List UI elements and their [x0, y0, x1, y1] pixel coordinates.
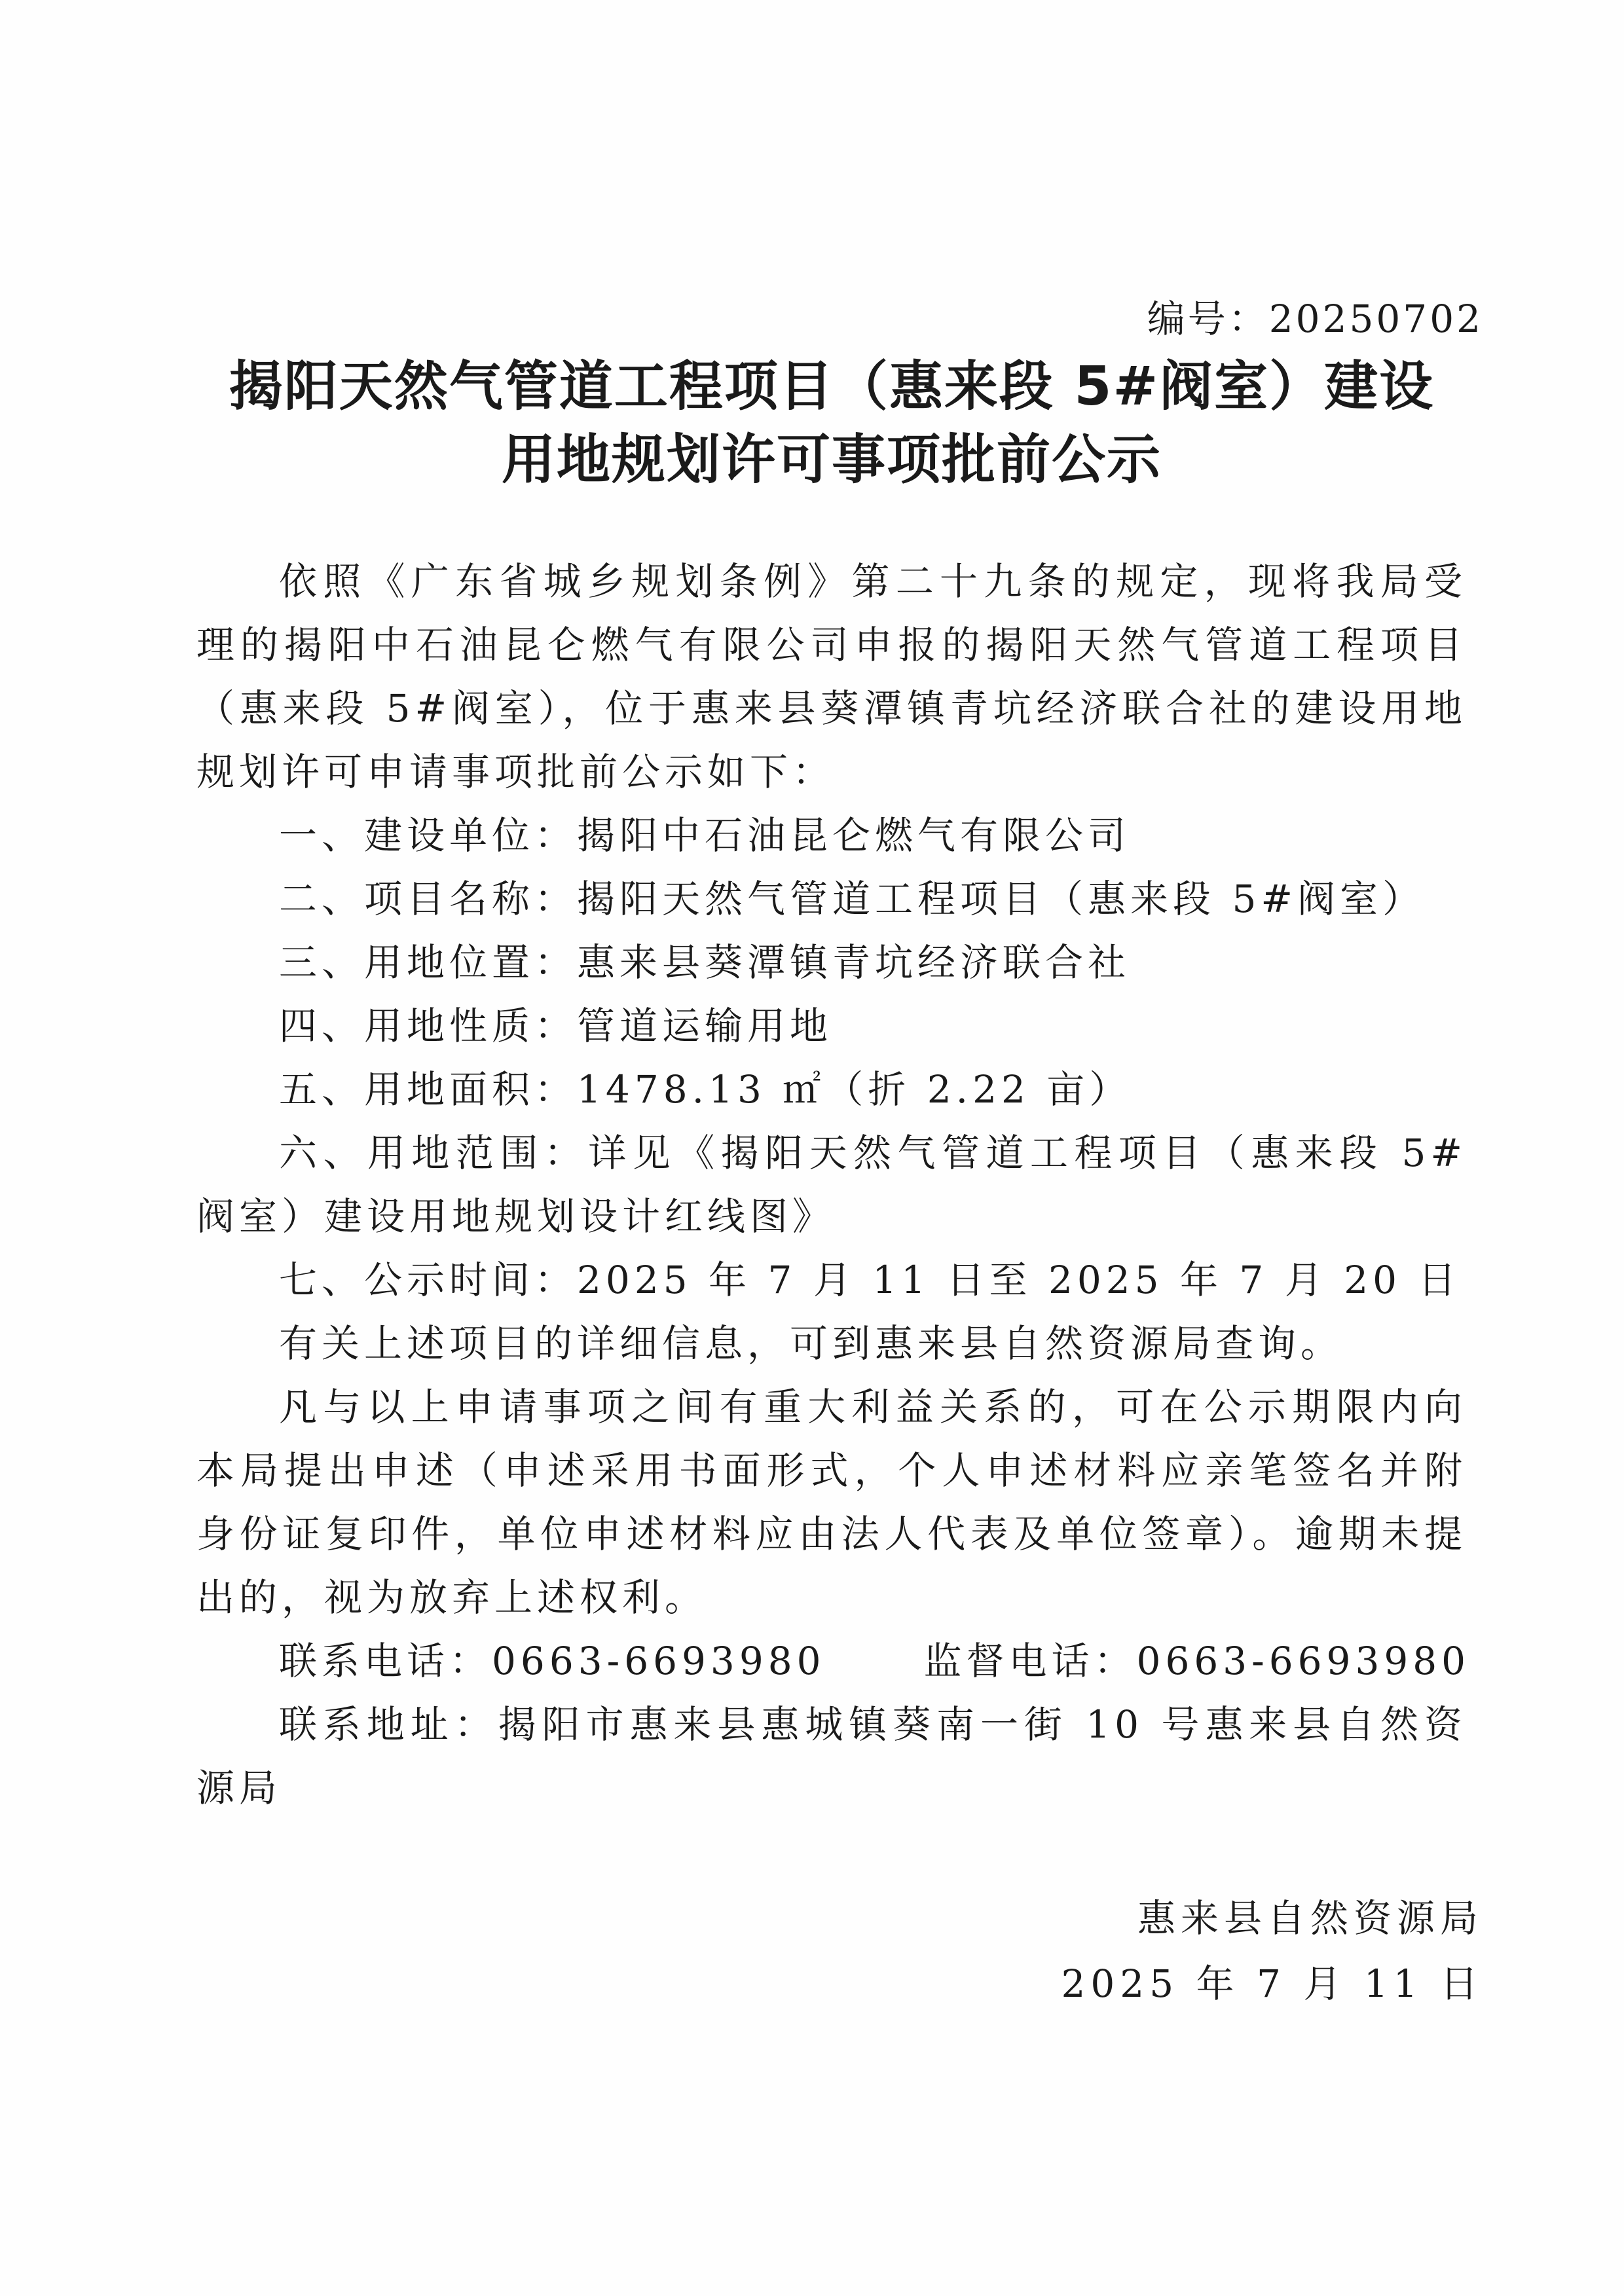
contact-address: 联系地址：揭阳市惠来县惠城镇葵南一街 10 号惠来县自然资源局	[196, 1693, 1467, 1820]
item-label: 七、公示时间：	[279, 1258, 577, 1302]
contact-phone-label: 联系电话：	[279, 1639, 492, 1683]
item-land-use-type: 四、用地性质：管道运输用地	[196, 994, 1467, 1058]
document-number: 编号：20250702	[1147, 288, 1483, 343]
contact-phones: 联系电话：0663-6693980监督电话：0663-6693980	[196, 1630, 1467, 1693]
document-title: 揭阳天然气管道工程项目（惠来段 5#阀室）建设 用地规划许可事项批前公示	[196, 350, 1467, 497]
item-value: 揭阳天然气管道工程项目（惠来段 5#阀室）	[577, 877, 1425, 921]
document-body: 依照《广东省城乡规划条例》第二十九条的规定，现将我局受理的揭阳中石油昆仑燃气有限…	[196, 550, 1467, 1820]
issue-date: 2025 年 7 月 11 日	[1061, 1951, 1484, 2016]
item-label: 一、建设单位：	[279, 813, 577, 858]
item-construction-unit: 一、建设单位：揭阳中石油昆仑燃气有限公司	[196, 804, 1467, 867]
item-label: 六、用地范围：	[279, 1131, 588, 1175]
document-page: 编号：20250702 揭阳天然气管道工程项目（惠来段 5#阀室）建设 用地规划…	[0, 0, 1624, 2296]
item-value: 1478.13 ㎡（折 2.22 亩）	[577, 1067, 1132, 1112]
objection-paragraph: 凡与以上申请事项之间有重大利益关系的，可在公示期限内向本局提出申述（申述采用书面…	[196, 1376, 1467, 1630]
item-value: 2025 年 7 月 11 日至 2025 年 7 月 20 日	[577, 1258, 1460, 1302]
document-number-label: 编号：	[1147, 297, 1269, 341]
issuer-name: 惠来县自然资源局	[1061, 1886, 1484, 1951]
contact-address-label: 联系地址：	[279, 1702, 498, 1747]
item-value: 揭阳中石油昆仑燃气有限公司	[577, 813, 1130, 858]
title-line-2: 用地规划许可事项批前公示	[196, 424, 1467, 497]
signature-block: 惠来县自然资源局 2025 年 7 月 11 日	[1061, 1886, 1484, 2016]
item-label: 五、用地面积：	[279, 1067, 577, 1112]
title-line-1: 揭阳天然气管道工程项目（惠来段 5#阀室）建设	[196, 350, 1467, 424]
document-number-value: 20250702	[1269, 297, 1483, 341]
item-project-name: 二、项目名称：揭阳天然气管道工程项目（惠来段 5#阀室）	[196, 867, 1467, 931]
item-land-location: 三、用地位置：惠来县葵潭镇青坑经济联合社	[196, 931, 1467, 994]
supervise-phone-label: 监督电话：	[924, 1639, 1137, 1683]
intro-paragraph: 依照《广东省城乡规划条例》第二十九条的规定，现将我局受理的揭阳中石油昆仑燃气有限…	[196, 550, 1467, 804]
item-label: 二、项目名称：	[279, 877, 577, 921]
item-publicity-period: 七、公示时间：2025 年 7 月 11 日至 2025 年 7 月 20 日	[196, 1248, 1467, 1312]
item-land-scope: 六、用地范围：详见《揭阳天然气管道工程项目（惠来段 5#阀室）建设用地规划设计红…	[196, 1121, 1467, 1248]
item-value: 管道运输用地	[577, 1004, 832, 1048]
contact-phone-value: 0663-6693980	[492, 1639, 826, 1683]
supervise-phone-value: 0663-6693980	[1137, 1639, 1471, 1683]
item-value: 惠来县葵潭镇青坑经济联合社	[577, 940, 1130, 985]
item-label: 三、用地位置：	[279, 940, 577, 985]
item-label: 四、用地性质：	[279, 1004, 577, 1048]
item-land-area: 五、用地面积：1478.13 ㎡（折 2.22 亩）	[196, 1058, 1467, 1121]
inquiry-paragraph: 有关上述项目的详细信息，可到惠来县自然资源局查询。	[196, 1312, 1467, 1376]
